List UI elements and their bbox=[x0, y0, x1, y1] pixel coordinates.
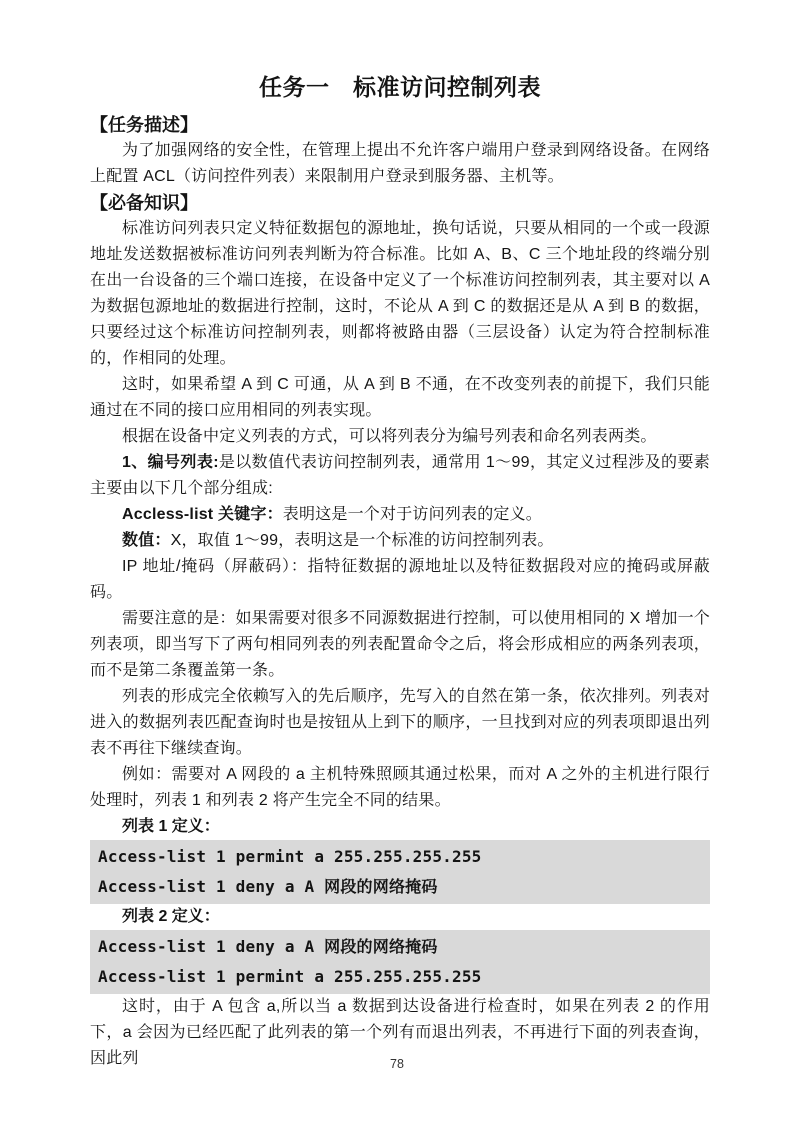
value-lead: 数值： bbox=[122, 532, 171, 549]
paragraph-value: 数值：X，取值 1～99，表明这是一个标准的访问控制列表。 bbox=[90, 528, 710, 554]
section-header-required-knowledge: 【必备知识】 bbox=[90, 190, 710, 216]
numbered-list-lead: 1、编号列表: bbox=[122, 454, 219, 471]
code-line: Access-list 1 permint a 255.255.255.255 bbox=[98, 962, 710, 992]
paragraph-list-order: 列表的形成完全依赖写入的先后顺序，先写入的自然在第一条，依次排列。列表对进入的数… bbox=[90, 684, 710, 762]
paragraph-standard-acl-intro: 标准访问列表只定义特征数据包的源地址，换句话说，只要从相同的一个或一段源地址发送… bbox=[90, 216, 710, 372]
section-header-task-description: 【任务描述】 bbox=[90, 112, 710, 138]
paragraph-example: 例如：需要对 A 网段的 a 主机特殊照顾其通过松果，而对 A 之外的主机进行限… bbox=[90, 762, 710, 814]
code-block-list1: Access-list 1 permint a 255.255.255.255 … bbox=[90, 840, 710, 904]
code-line: Access-list 1 deny a A 网段的网络掩码 bbox=[98, 932, 710, 962]
paragraph-ip-mask: IP 地址/掩码（屏蔽码）：指特征数据的源地址以及特征数据段对应的掩码或屏蔽码。 bbox=[90, 554, 710, 606]
page-title: 任务一 标准访问控制列表 bbox=[90, 72, 710, 102]
list1-definition-header: 列表 1 定义： bbox=[90, 814, 710, 840]
code-line: Access-list 1 deny a A 网段的网络掩码 bbox=[98, 872, 710, 902]
code-line: Access-list 1 permint a 255.255.255.255 bbox=[98, 842, 710, 872]
paragraph-task-description: 为了加强网络的安全性，在管理上提出不允许客户端用户登录到网络设备。在网络上配置 … bbox=[90, 138, 710, 190]
value-text: X，取值 1～99，表明这是一个标准的访问控制列表。 bbox=[171, 532, 554, 549]
list2-definition-header: 列表 2 定义： bbox=[90, 904, 710, 930]
page-number: 78 bbox=[0, 1057, 794, 1071]
paragraph-list-types: 根据在设备中定义列表的方式，可以将列表分为编号列表和命名列表两类。 bbox=[90, 424, 710, 450]
code-block-list2: Access-list 1 deny a A 网段的网络掩码 Access-li… bbox=[90, 930, 710, 994]
paragraph-note-duplicate-entries: 需要注意的是：如果需要对很多不同源数据进行控制，可以使用相同的 X 增加一个列表… bbox=[90, 606, 710, 684]
accesslist-keyword-text: 表明这是一个对于访问列表的定义。 bbox=[283, 506, 542, 523]
accesslist-keyword-lead: Accless-list 关键字： bbox=[122, 506, 283, 523]
paragraph-interface-application: 这时，如果希望 A 到 C 可通，从 A 到 B 不通，在不改变列表的前提下，我… bbox=[90, 372, 710, 424]
paragraph-numbered-list-definition: 1、编号列表:是以数值代表访问控制列表，通常用 1～99，其定义过程涉及的要素主… bbox=[90, 450, 710, 502]
paragraph-accesslist-keyword: Accless-list 关键字：表明这是一个对于访问列表的定义。 bbox=[90, 502, 710, 528]
document-page: 任务一 标准访问控制列表 【任务描述】 为了加强网络的安全性，在管理上提出不允许… bbox=[0, 0, 794, 1123]
